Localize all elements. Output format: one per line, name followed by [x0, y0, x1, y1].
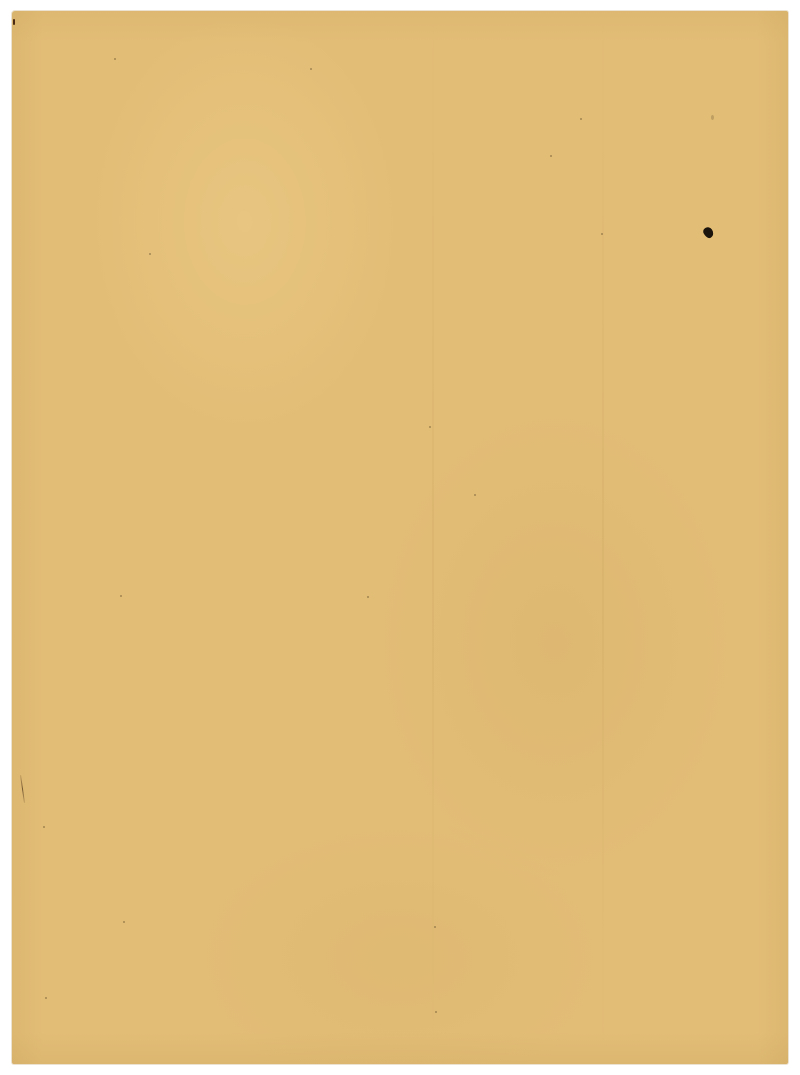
edge-mark	[13, 19, 15, 25]
speck	[123, 921, 125, 923]
speck	[120, 595, 122, 597]
speck	[601, 233, 603, 235]
speck	[434, 926, 436, 928]
ink-blot	[702, 225, 716, 239]
speck	[149, 253, 151, 255]
paper-crease	[432, 11, 434, 1064]
paper-sheet	[12, 11, 788, 1064]
speck	[550, 155, 552, 157]
speck	[367, 596, 369, 598]
speck	[429, 426, 431, 428]
paper-crease	[602, 11, 604, 1064]
speck	[310, 68, 312, 70]
speck	[114, 58, 116, 60]
speck	[711, 115, 714, 120]
speck	[580, 118, 582, 120]
speck	[45, 997, 47, 999]
speck	[43, 826, 45, 828]
edge-scratch	[20, 775, 25, 803]
speck	[435, 1011, 437, 1013]
speck	[474, 494, 476, 496]
